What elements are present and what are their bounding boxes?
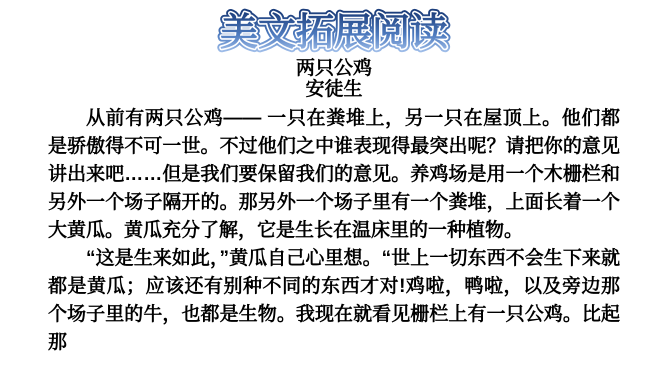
story-author: 安徒生 [0,79,668,100]
slide-title-wordart: 美文拓展阅读 美文拓展阅读 美文拓展阅读 [0,0,668,58]
story-paragraph-1: 从前有两只公鸡—— 一只在粪堆上，另一只在屋顶上。他们都是骄傲得不可一世。不过他… [48,105,620,245]
slide: 美文拓展阅读 美文拓展阅读 美文拓展阅读 两只公鸡 安徒生 从前有两只公鸡—— … [0,0,668,376]
story-paragraph-2: “这是生来如此，”黄瓜自己心里想。“世上一切东西不会生下来就都是黄瓜；应该还有别… [48,245,620,357]
story-body: 从前有两只公鸡—— 一只在粪堆上，另一只在屋顶上。他们都是骄傲得不可一世。不过他… [0,100,668,357]
page-title: 美文拓展阅读 [220,12,448,54]
story-title: 两只公鸡 [0,58,668,79]
